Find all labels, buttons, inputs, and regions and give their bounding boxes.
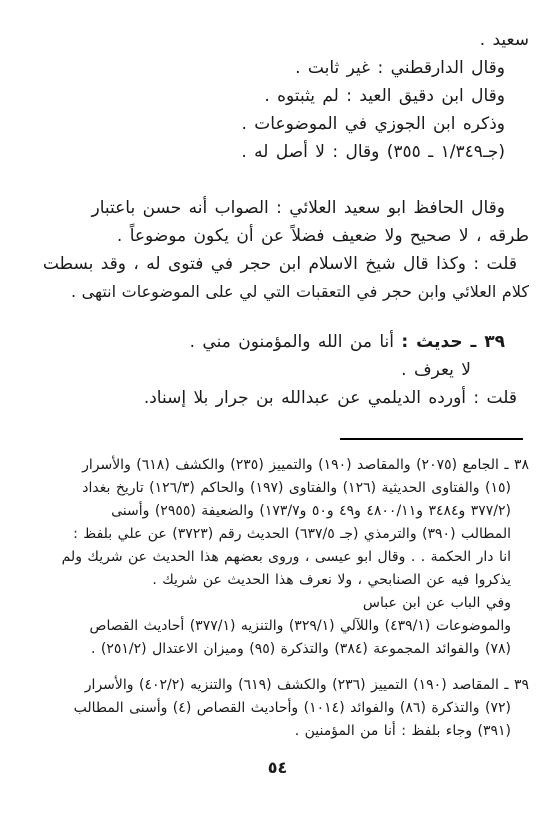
hadith-text: أنا من الله والمؤمنون مني . [190,332,394,352]
footnote-line: ٣٩ ـ المقاصد (١٩٠) التمييز (٢٣٦) والكشف … [26,674,529,697]
hadith-comment: قلت : أورده الديلمي عن عبدالله بن جرار ب… [26,384,529,412]
text-line: وقال الدارقطني : غير ثابت . [26,54,529,82]
footnote-line: يذكروا فيه عن الصنابحي ، ولا نعرف هذا ال… [26,569,529,592]
hadith-headline: ٣٩ ـ حديث : أنا من الله والمؤمنون مني . [26,328,529,356]
footnote-line: (٧٨) والفوائد المجموعة (٣٨٤) والتذكرة (٩… [26,638,529,661]
footnote-38: ٣٨ ـ الجامع (٢٠٧٥) والمقاصد (١٩٠) والتمي… [26,454,529,661]
citation-line: (جـ١/٣٤٩ ـ ٣٥٥) وقال : لا أصل له . [26,138,529,166]
footnotes-section: ٣٨ ـ الجامع (٢٠٧٥) والمقاصد (١٩٠) والتمي… [26,454,529,743]
footnote-line: وفي الباب عن ابن عباس [26,592,529,615]
book-page: سعيد . وقال الدارقطني : غير ثابت . وقال … [0,0,559,814]
footnote-line: والموضوعات (٤٣٩/١) واللآلي (٣٢٩/١) والتن… [26,615,529,638]
main-text: سعيد . وقال الدارقطني : غير ثابت . وقال … [26,26,529,412]
footnote-line: (٣٧٧/٢ و٣٤٨٤ و٤٨٠٠/١١ و٤٩ و٥٠ و١٧٣/٧) وا… [26,500,529,523]
hadith-entry: ٣٩ ـ حديث : أنا من الله والمؤمنون مني . … [26,328,529,412]
footnote-line: المطالب (٣٩٠) والترمذي (جـ ٦٣٧/٥) الحديث… [26,523,529,546]
footnote-divider [340,438,523,440]
text-line: قلت : وكذا قال شيخ الاسلام ابن حجر في فت… [26,250,529,278]
footnote-line: (٧٢) والتذكرة (٨٦) والفوائد (١٠١٤) وأحاد… [26,697,529,720]
footnote-line: ٣٨ ـ الجامع (٢٠٧٥) والمقاصد (١٩٠) والتمي… [26,454,529,477]
footnote-line: انا دار الحكمة . . وقال ابو عيسى ، وروى … [26,546,529,569]
text-line: كلام العلائي وابن حجر في التعقبات التي ل… [26,278,529,306]
footnote-39: ٣٩ ـ المقاصد (١٩٠) التمييز (٢٣٦) والكشف … [26,674,529,743]
text-line: طرقه ، لا صحيح ولا ضعيف فضلاً عن أن يكون… [26,222,529,250]
text-line: سعيد . [26,26,529,54]
paragraph-alai: وقال الحافظ ابو سعيد العلائي : الصواب أن… [26,194,529,306]
text-line: وقال ابن دقيق العيد : لم يثبتوه . [26,82,529,110]
text-line: وذكره ابن الجوزي في الموضوعات . [26,110,529,138]
hadith-verdict: لا يعرف . [26,356,529,384]
footnote-line: (١٥) والفتاوى الحديثية (١٢٦) والفتاوى (١… [26,477,529,500]
footnote-line: (٣٩١) وجاء بلفظ : أنا من المؤمنين . [26,720,529,743]
text-line: وقال الحافظ ابو سعيد العلائي : الصواب أن… [26,194,529,222]
hadith-number-label: ٣٩ ـ حديث : [401,332,505,352]
page-number: ٥٤ [26,758,529,777]
